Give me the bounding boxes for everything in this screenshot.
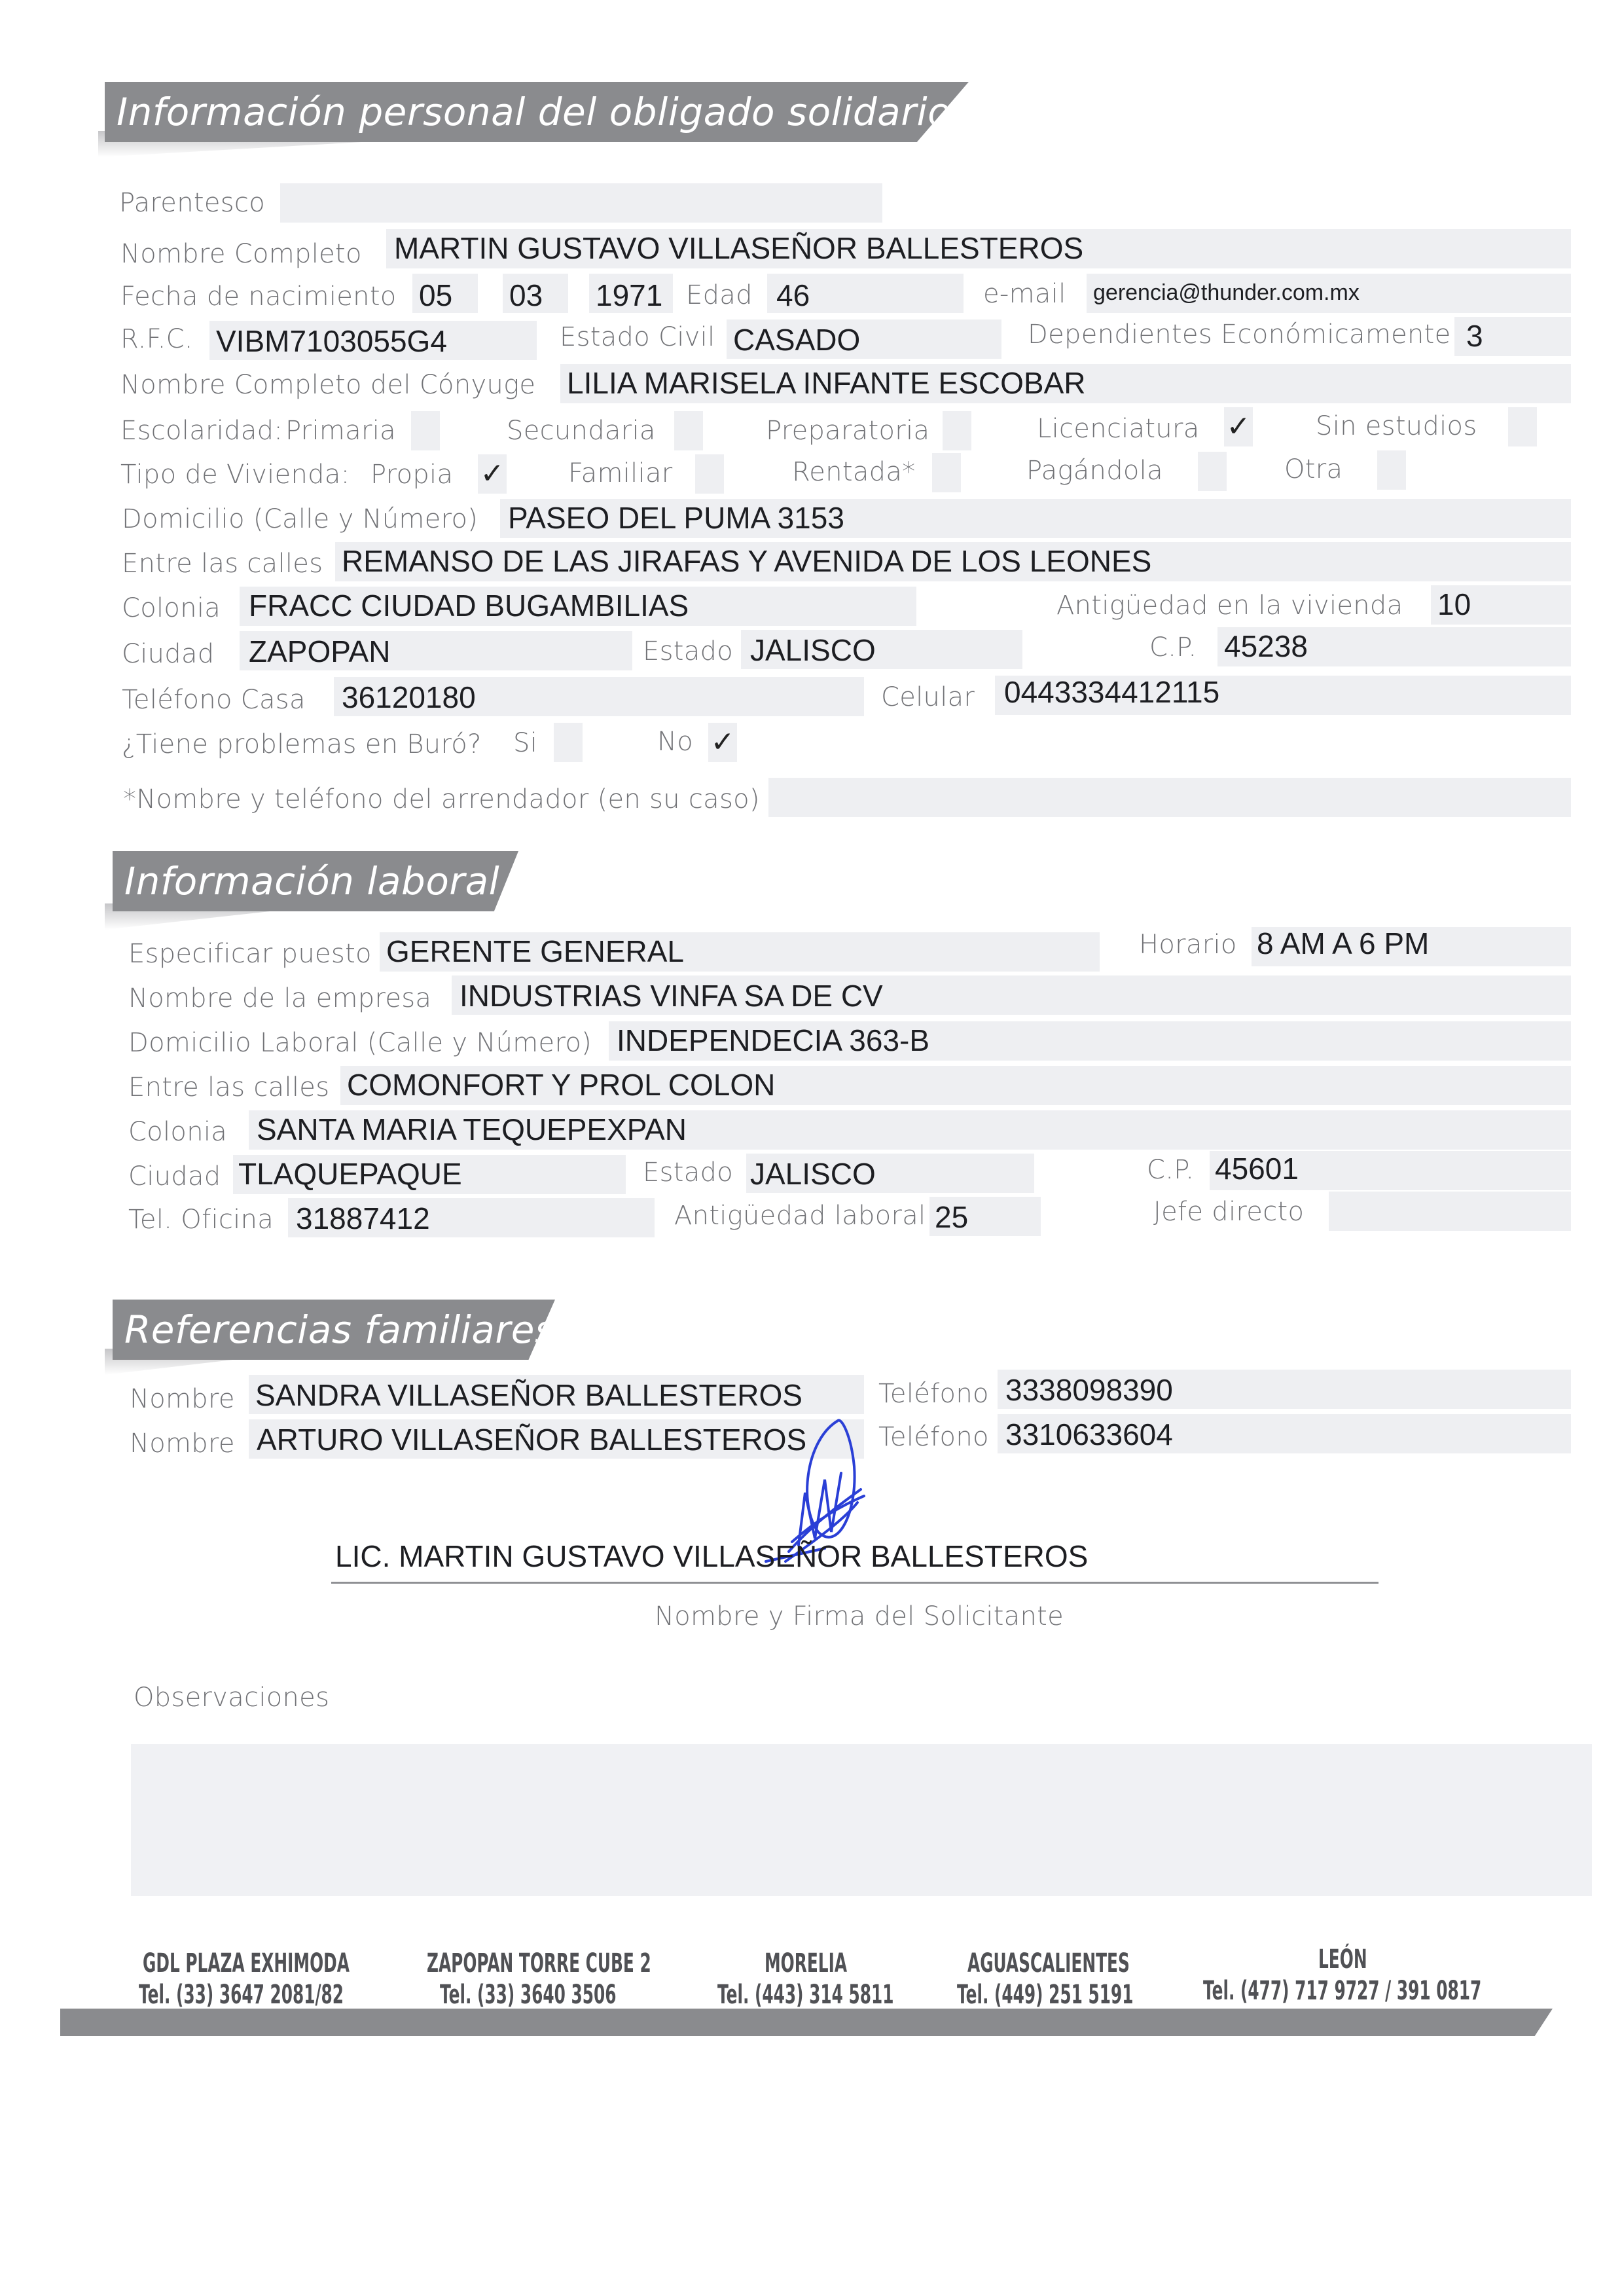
buro-no-checkbox[interactable]: ✓	[708, 723, 737, 762]
antiguedad-laboral-label: Antigüedad laboral	[674, 1201, 926, 1231]
nombre-completo-value: MARTIN GUSTAVO VILLASEÑOR BALLESTEROS	[394, 230, 1083, 266]
arrendador-label: *Nombre y teléfono del arrendador (en su…	[123, 784, 760, 814]
observaciones-label: Observaciones	[134, 1683, 329, 1713]
antiguedad-vivienda-value: 10	[1437, 587, 1471, 622]
escolaridad-secundaria-label: Secundaria	[507, 416, 656, 446]
colonia-laboral-label: Colonia	[128, 1117, 227, 1147]
footer-bar	[60, 2009, 1553, 2036]
buro-label: ¿Tiene problemas en Buró?	[122, 729, 482, 759]
vivienda-rentada-label: Rentada*	[792, 457, 915, 487]
vivienda-label: Tipo de Vivienda:	[120, 460, 350, 490]
colonia-laboral-value: SANTA MARIA TEQUEPEXPAN	[257, 1112, 687, 1147]
ciudad-laboral-label: Ciudad	[128, 1161, 221, 1192]
fecha-mes-value: 03	[509, 278, 543, 313]
telefono-casa-value: 36120180	[342, 680, 476, 715]
fecha-dia-value: 05	[419, 278, 452, 313]
entre-calles-laboral-value: COMONFORT Y PROL COLON	[347, 1067, 775, 1102]
conyuge-label: Nombre Completo del Cónyuge	[120, 370, 535, 400]
jefe-directo-label: Jefe directo	[1153, 1197, 1304, 1227]
domicilio-laboral-label: Domicilio Laboral (Calle y Número)	[128, 1028, 592, 1058]
ciudad-laboral-value: TLAQUEPAQUE	[238, 1156, 462, 1192]
domicilio-value: PASEO DEL PUMA 3153	[508, 500, 844, 536]
observaciones-field[interactable]	[131, 1744, 1592, 1896]
domicilio-label: Domicilio (Calle y Número)	[122, 504, 478, 534]
buro-no-label: No	[657, 727, 693, 757]
vivienda-familiar-checkbox[interactable]	[695, 454, 724, 494]
escolaridad-preparatoria-label: Preparatoria	[766, 416, 929, 446]
buro-si-checkbox[interactable]	[554, 723, 583, 762]
fecha-anio-value: 1971	[596, 278, 662, 313]
referencia-2-telefono-value: 3310633604	[1005, 1417, 1173, 1452]
firma-nombre: LIC. MARTIN GUSTAVO VILLASEÑOR BALLESTER…	[335, 1539, 1088, 1574]
cp-label: C.P.	[1149, 632, 1197, 663]
tel-oficina-value: 31887412	[296, 1201, 430, 1236]
vivienda-rentada-checkbox[interactable]	[932, 453, 961, 492]
celular-value: 0443334412115	[1004, 674, 1219, 710]
referencia-1-telefono-label: Teléfono	[878, 1379, 989, 1409]
domicilio-laboral-value: INDEPENDECIA 363-B	[617, 1023, 929, 1058]
celular-label: Celular	[881, 682, 975, 712]
edad-label: Edad	[686, 280, 753, 310]
vivienda-pagandola-label: Pagándola	[1026, 456, 1163, 486]
vivienda-propia-label: Propia	[370, 460, 453, 490]
fecha-nacimiento-label: Fecha de nacimiento	[120, 282, 397, 312]
edad-value: 46	[776, 278, 810, 313]
section-title-referencias: Referencias familiares	[113, 1300, 555, 1360]
escolaridad-sin-estudios-label: Sin estudios	[1316, 411, 1477, 441]
signature-line	[331, 1582, 1379, 1584]
referencia-1-nombre-label: Nombre	[130, 1384, 235, 1414]
colonia-label: Colonia	[122, 593, 221, 623]
referencia-1-telefono-value: 3338098390	[1005, 1372, 1173, 1408]
referencia-2-nombre-value: ARTURO VILLASEÑOR BALLESTEROS	[257, 1422, 806, 1457]
antiguedad-laboral-value: 25	[935, 1199, 968, 1235]
jefe-directo-field[interactable]	[1329, 1192, 1571, 1231]
section-title-laboral: Información laboral	[113, 851, 518, 911]
entre-calles-laboral-label: Entre las calles	[128, 1072, 329, 1102]
firma-caption: Nombre y Firma del Solicitante	[655, 1601, 1064, 1631]
vivienda-familiar-label: Familiar	[568, 458, 673, 488]
empresa-label: Nombre de la empresa	[128, 983, 431, 1013]
dependientes-value: 3	[1466, 318, 1483, 354]
estado-label: Estado	[643, 636, 733, 666]
horario-label: Horario	[1139, 930, 1237, 960]
rfc-label: R.F.C.	[120, 324, 193, 354]
escolaridad-primaria-label: Primaria	[285, 416, 396, 446]
escolaridad-preparatoria-checkbox[interactable]	[943, 411, 971, 450]
rfc-value: VIBM7103055G4	[216, 323, 447, 359]
estado-value: JALISCO	[750, 632, 876, 668]
escolaridad-secundaria-checkbox[interactable]	[674, 411, 703, 450]
puesto-label: Especificar puesto	[128, 939, 372, 969]
escolaridad-primaria-checkbox[interactable]	[411, 411, 440, 450]
empresa-value: INDUSTRIAS VINFA SA DE CV	[460, 978, 883, 1013]
escolaridad-licenciatura-label: Licenciatura	[1037, 414, 1200, 444]
cp-value: 45238	[1224, 629, 1308, 664]
tel-oficina-label: Tel. Oficina	[128, 1205, 274, 1235]
estado-civil-label: Estado Civil	[560, 322, 715, 352]
colonia-value: FRACC CIUDAD BUGAMBILIAS	[249, 588, 689, 623]
estado-civil-value: CASADO	[733, 322, 860, 357]
escolaridad-licenciatura-checkbox[interactable]: ✓	[1224, 407, 1253, 446]
nombre-completo-label: Nombre Completo	[120, 239, 362, 269]
dependientes-label: Dependientes Económicamente	[1028, 319, 1451, 350]
email-value: gerencia@thunder.com.mx	[1093, 280, 1360, 306]
arrendador-field[interactable]	[768, 778, 1571, 817]
estado-laboral-label: Estado	[643, 1157, 733, 1188]
referencia-2-nombre-label: Nombre	[130, 1429, 235, 1459]
vivienda-propia-checkbox[interactable]: ✓	[478, 454, 507, 494]
entre-calles-value: REMANSO DE LAS JIRAFAS Y AVENIDA DE LOS …	[342, 543, 1151, 579]
cp-laboral-value: 45601	[1215, 1151, 1299, 1186]
horario-value: 8 AM A 6 PM	[1257, 926, 1429, 961]
ciudad-value: ZAPOPAN	[249, 634, 390, 669]
ciudad-label: Ciudad	[122, 639, 215, 669]
escolaridad-sin-estudios-checkbox[interactable]	[1508, 407, 1537, 446]
vivienda-otra-checkbox[interactable]	[1377, 450, 1406, 490]
estado-laboral-value: JALISCO	[750, 1156, 876, 1192]
parentesco-label: Parentesco	[119, 188, 265, 218]
section-title-personal: Información personal del obligado solida…	[105, 82, 969, 142]
referencia-1-nombre-value: SANDRA VILLASEÑOR BALLESTEROS	[255, 1377, 802, 1413]
cp-laboral-label: C.P.	[1147, 1155, 1194, 1185]
vivienda-pagandola-checkbox[interactable]	[1198, 452, 1227, 491]
telefono-casa-label: Teléfono Casa	[122, 685, 306, 715]
parentesco-field[interactable]	[280, 183, 882, 223]
antiguedad-vivienda-label: Antigüedad en la vivienda	[1056, 591, 1403, 621]
conyuge-value: LILIA MARISELA INFANTE ESCOBAR	[567, 365, 1086, 401]
entre-calles-label: Entre las calles	[122, 549, 323, 579]
puesto-value: GERENTE GENERAL	[386, 934, 684, 969]
escolaridad-label: Escolaridad:	[120, 416, 283, 446]
vivienda-otra-label: Otra	[1284, 454, 1343, 484]
buro-si-label: Si	[513, 728, 537, 758]
email-label: e-mail	[983, 279, 1066, 309]
